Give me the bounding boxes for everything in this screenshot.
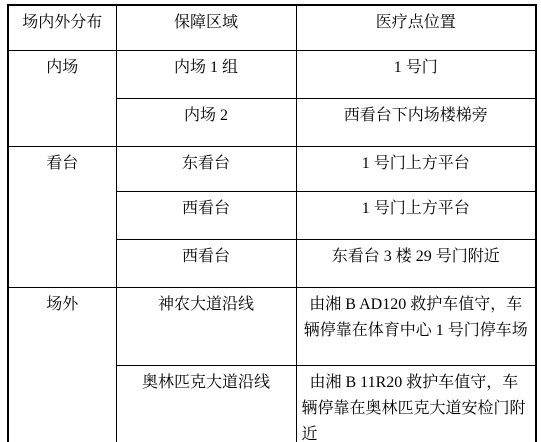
header-zone: 保障区域 [116, 5, 296, 50]
location-cell: 由湘 B AD120 救护车值守，车辆停靠在体育中心 1 号门停车场 [296, 287, 536, 365]
table-row: 内场 内场 1 组 1 号门 [8, 50, 536, 98]
zone-cell: 西看台 [116, 239, 296, 287]
zone-cell: 神农大道沿线 [116, 287, 296, 365]
zone-cell: 西看台 [116, 191, 296, 239]
area-cell-infield: 内场 [8, 50, 116, 146]
location-cell: 由湘 B 11R20 救护车值守，车辆停靠在奥林匹克大道安检门附近 [296, 365, 536, 442]
location-cell: 西看台下内场楼梯旁 [296, 98, 536, 146]
zone-cell: 内场 1 组 [116, 50, 296, 98]
location-cell: 1 号门上方平台 [296, 191, 536, 239]
header-location: 医疗点位置 [296, 5, 536, 50]
table-row: 场外 神农大道沿线 由湘 B AD120 救护车值守，车辆停靠在体育中心 1 号… [8, 287, 536, 365]
zone-cell: 内场 2 [116, 98, 296, 146]
zone-cell: 东看台 [116, 146, 296, 191]
table-header-row: 场内外分布 保障区域 医疗点位置 [8, 5, 536, 50]
location-cell: 东看台 3 楼 29 号门附近 [296, 239, 536, 287]
location-cell: 1 号门 [296, 50, 536, 98]
area-cell-outside: 场外 [8, 287, 116, 442]
zone-cell: 奥林匹克大道沿线 [116, 365, 296, 442]
header-distribution: 场内外分布 [8, 5, 116, 50]
area-cell-stands: 看台 [8, 146, 116, 287]
location-cell: 1 号门上方平台 [296, 146, 536, 191]
medical-points-table: 场内外分布 保障区域 医疗点位置 内场 内场 1 组 1 号门 内场 2 西看台… [7, 4, 537, 442]
table-row: 看台 东看台 1 号门上方平台 [8, 146, 536, 191]
